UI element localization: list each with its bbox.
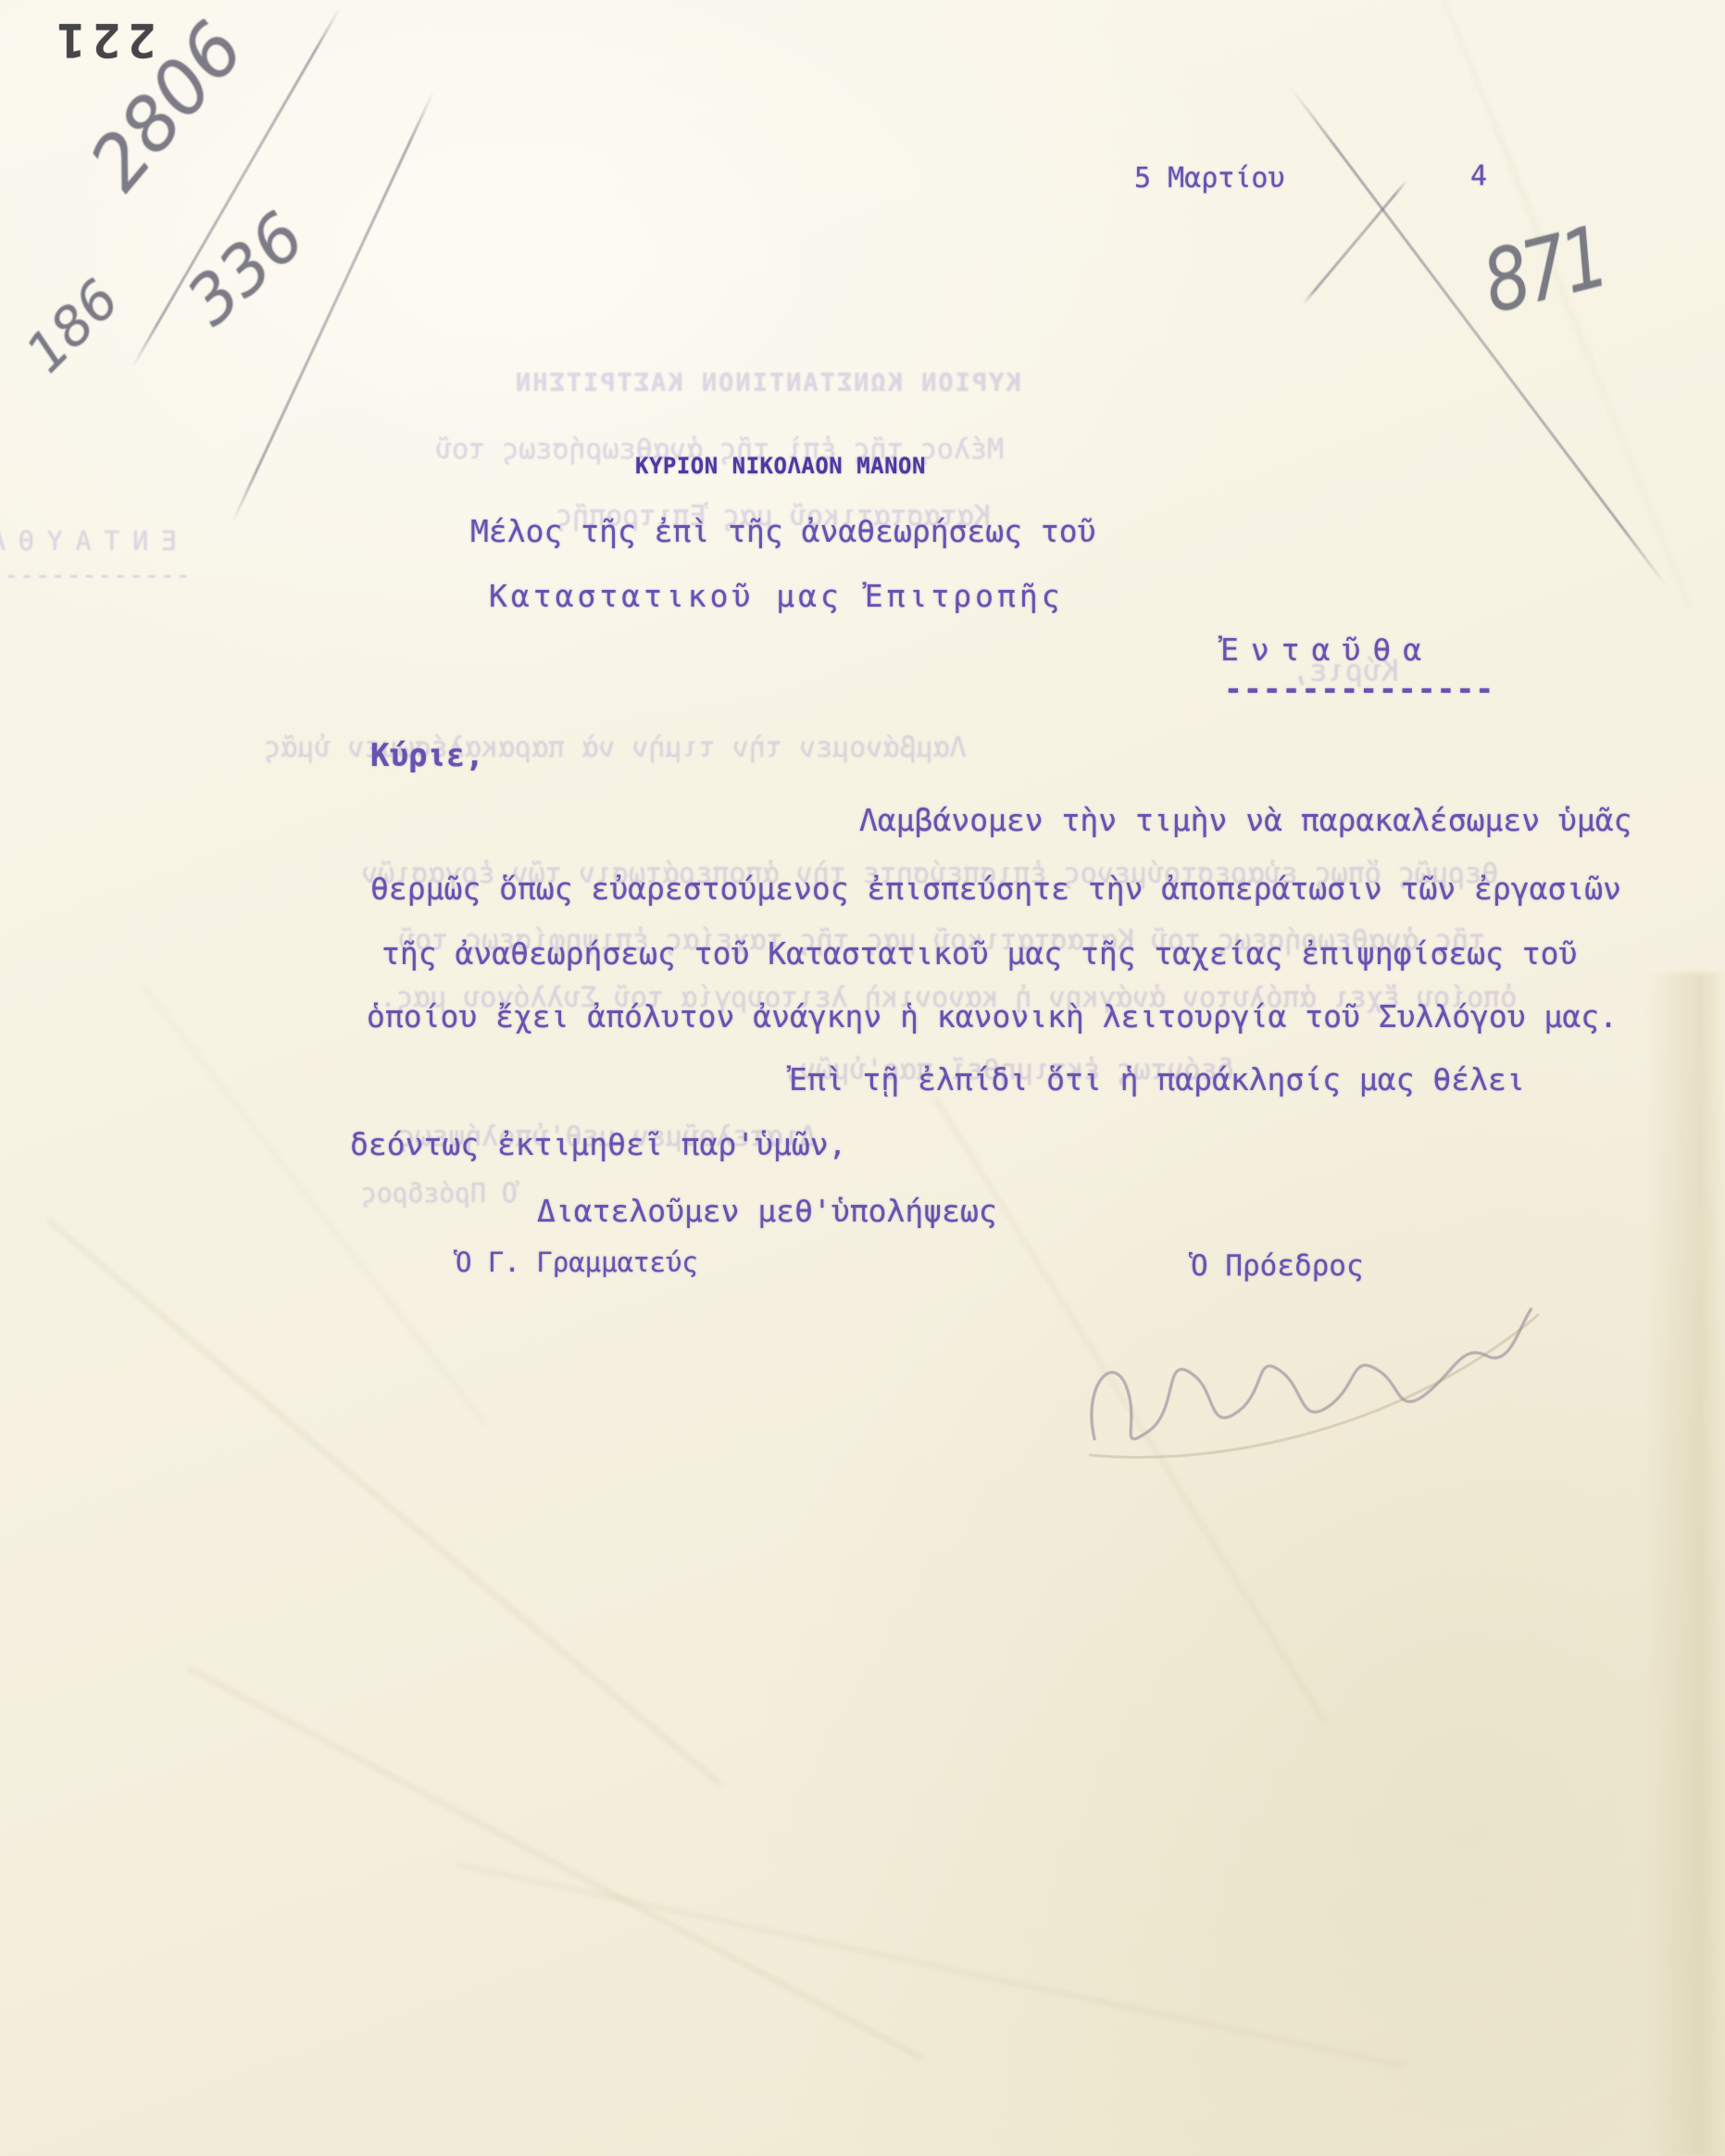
- pencil-slash: [231, 90, 434, 523]
- bleedthrough-rule: --------------: [0, 559, 191, 590]
- archive-stamp-number: 221: [17, 13, 156, 67]
- body-line: Ἐπὶ τῇ ἐλπίδι ὅτι ἡ παράκλησίς μας θέλει: [789, 1063, 1525, 1097]
- secretary-title: Ὁ Γ. Γραμματεύς: [456, 1248, 698, 1278]
- body-line: δεόντως ἐκτιμηθεῖ παρ'ὑμῶν,: [350, 1128, 846, 1161]
- pencil-fraction-denominator: 336: [147, 175, 344, 363]
- dateline-number: 4: [1470, 161, 1487, 192]
- recipient-role-line1: Μέλος τῆς ἐπὶ τῆς ἀναθεωρήσεως τοῦ: [470, 515, 1096, 548]
- paper-edge-curl: [1646, 972, 1725, 2156]
- recipient-place-rule: --------------: [1224, 672, 1494, 706]
- dateline-date: 5 Μαρτίου: [1134, 163, 1285, 194]
- paper-crease: [455, 1862, 1406, 2068]
- pencil-diagonal-stroke: [1302, 180, 1408, 306]
- bleedthrough-recipient-name: ΚΥΡΙΟΝ ΚΩΝΣΤΑΝΤΙΝΟΝ ΚΑΣΤΡΙΤΣΗΝ: [514, 369, 1021, 397]
- closing-line: Διατελοῦμεν μεθ'ὑπολήψεως: [537, 1195, 997, 1228]
- bleedthrough-place: ΕΝΤΑΥΘΑ: [0, 526, 177, 557]
- salutation: Κύριε,: [370, 739, 484, 773]
- body-line: Λαμβάνομεν τὴν τιμὴν νὰ παρακαλέσωμεν ὑμ…: [859, 804, 1631, 837]
- scanned-letter-page: ΚΥΡΙΟΝ ΚΩΝΣΤΑΝΤΙΝΟΝ ΚΑΣΤΡΙΤΣΗΝ Μέλος τῆς…: [0, 0, 1725, 2156]
- paper-crease: [187, 1666, 925, 2061]
- paper-crease: [46, 1218, 722, 1786]
- recipient-role-line2: Καταστατικοῦ μας Ἐπιτροπῆς: [489, 580, 1064, 613]
- recipient-name: ΚΥΡΙΟΝ ΝΙΚΟΛΑΟΝ ΜΑΝΟΝ: [635, 454, 926, 478]
- body-line: ὁποίου ἔχει ἀπόλυτον ἀνάγκην ἡ κανονικὴ …: [367, 1000, 1618, 1034]
- pencil-fraction-numerator: 186: [4, 257, 140, 394]
- pencil-number-right: 871: [1461, 205, 1625, 336]
- body-line: θερμῶς ὅπως εὐαρεστούμενος ἐπισπεύσητε τ…: [370, 872, 1621, 906]
- president-signature: [1068, 1263, 1561, 1491]
- bleedthrough-line: Ὁ Πρόεδρος: [361, 1178, 518, 1209]
- recipient-place: Ἐνταῦθα: [1220, 633, 1433, 667]
- body-line: τῆς ἀναθεωρήσεως τοῦ Καταστατικοῦ μας τῆ…: [381, 937, 1577, 971]
- bleedthrough-line: Λαμβάνομεν τὴν τιμὴν νὰ παρακαλέσωμεν ὑμ…: [264, 732, 967, 764]
